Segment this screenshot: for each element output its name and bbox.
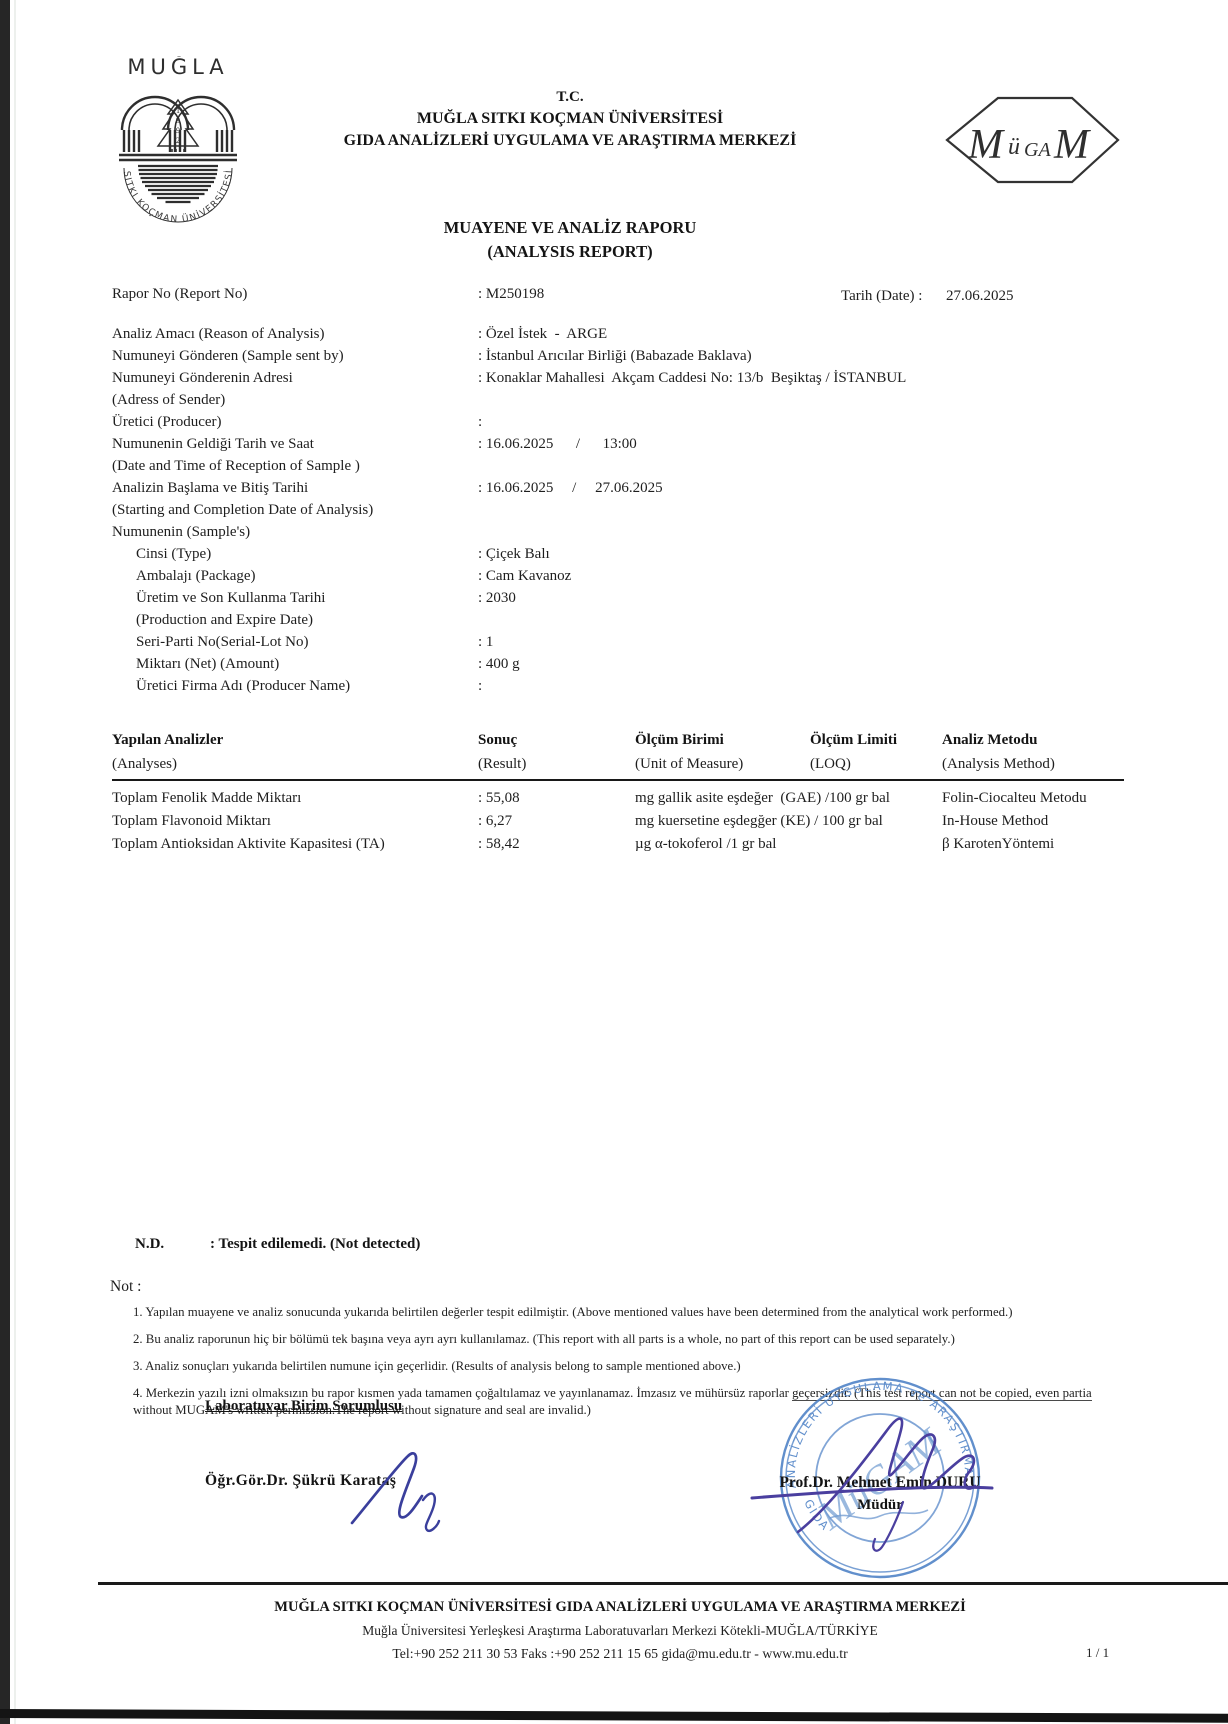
table-row: Toplam Fenolik Madde Miktarı : 55,08 mg … [112, 787, 1124, 810]
scan-edge-line [14, 0, 16, 1724]
field-row: Üretim ve Son Kullanma Tarihi: 2030 [112, 590, 1172, 612]
left-signature-ink [338, 1437, 458, 1542]
notes-title: Not : [110, 1278, 141, 1296]
analysis-unit: µg α-tokoferol /1 gr bal [635, 833, 942, 856]
field-row: Numunenin (Sample's) [112, 524, 1172, 546]
report-title: MUAYENE VE ANALİZ RAPORU (ANALYSIS REPOR… [280, 216, 860, 264]
field-row: Numuneyi Gönderenin Adresi: Konaklar Mah… [112, 370, 1172, 392]
nd-label: N.D. [135, 1236, 210, 1253]
footer-center-name: MUĞLA SITKI KOÇMAN ÜNİVERSİTESİ GIDA ANA… [40, 1596, 1200, 1619]
scan-edge-strip [0, 0, 10, 1724]
field-row: (Adress of Sender) [112, 392, 1172, 414]
analysis-table: Yapılan Analizler Sonuç Ölçüm Birimi Ölç… [112, 728, 1124, 856]
col-header: (Analysis Method) [942, 752, 1124, 776]
field-row: Üretici Firma Adı (Producer Name): [112, 678, 1172, 700]
university-logo: MUĞLA 1 9 9 2 [100, 56, 256, 234]
field-label: Analiz Amacı (Reason of Analysis) [112, 326, 478, 343]
page-number: 1 / 1 [1086, 1645, 1109, 1661]
field-value: : Konaklar Mahallesi Akçam Caddesi No: 1… [478, 370, 906, 387]
col-header: Analiz Metodu [942, 728, 1124, 752]
field-label: Üretici (Producer) [112, 414, 478, 431]
col-header: Yapılan Analizler [112, 728, 478, 752]
field-value: : İstanbul Arıcılar Birliği (Babazade Ba… [478, 348, 752, 365]
field-value: : Cam Kavanoz [478, 568, 571, 585]
field-row: (Production and Expire Date) [112, 612, 1172, 634]
field-value: : 16.06.2025 / 13:00 [478, 436, 637, 453]
field-value: : Çiçek Balı [478, 546, 550, 563]
analysis-name: Toplam Flavonoid Miktarı [112, 810, 478, 833]
right-signature-ink [715, 1382, 1025, 1562]
university-logo-year: 1 9 9 2 [176, 106, 180, 145]
col-header: (Analyses) [112, 752, 478, 776]
field-label: Analizin Başlama ve Bitiş Tarihi [112, 480, 478, 497]
svg-text:9: 9 [176, 116, 180, 125]
report-title-en: (ANALYSIS REPORT) [280, 240, 860, 264]
svg-text:1: 1 [176, 106, 180, 115]
note-text: 1. Yapılan muayene ve analiz sonucunda y… [133, 1305, 1013, 1319]
note-text: 3. Analiz sonuçları yukarıda belirtilen … [133, 1359, 741, 1373]
field-label: Numuneyi Gönderenin Adresi [112, 370, 478, 387]
note-item: 3. Analiz sonuçları yukarıda belirtilen … [133, 1358, 1226, 1375]
letterhead: T.C. MUĞLA SITKI KOÇMAN ÜNİVERSİTESİ GID… [280, 86, 860, 152]
field-value: : [478, 414, 482, 431]
col-header: Ölçüm Limiti [810, 728, 942, 752]
analysis-result: : 58,42 [478, 833, 635, 856]
field-row: (Starting and Completion Date of Analysi… [112, 502, 1172, 524]
note-text: 2. Bu analiz raporunun hiç bir bölümü te… [133, 1332, 955, 1346]
lab-unit-responsible-title: Laboratuvar Birim Sorumlusu [205, 1398, 402, 1415]
field-value: : Özel İstek - ARGE [478, 326, 607, 343]
field-label: (Adress of Sender) [112, 392, 478, 409]
field-label: Miktarı (Net) (Amount) [112, 656, 478, 673]
svg-text:M: M [1053, 122, 1091, 168]
analysis-method: Folin-Ciocalteu Metodu [942, 787, 1124, 810]
svg-text:9: 9 [176, 126, 180, 135]
field-label: Cinsi (Type) [112, 546, 478, 563]
field-row: Analizin Başlama ve Bitiş Tarihi: 16.06.… [112, 480, 1172, 502]
field-row: Üretici (Producer): [112, 414, 1172, 436]
letterhead-center: GIDA ANALİZLERİ UYGULAMA VE ARAŞTIRMA ME… [280, 130, 860, 152]
table-rule [112, 779, 1124, 781]
col-header: (Unit of Measure) [635, 752, 810, 776]
field-value: : 400 g [478, 656, 520, 673]
scan-bottom-band [0, 1709, 1228, 1723]
field-row: Cinsi (Type): Çiçek Balı [112, 546, 1172, 568]
col-header: (LOQ) [810, 752, 942, 776]
note-item: 1. Yapılan muayene ve analiz sonucunda y… [133, 1304, 1226, 1321]
svg-text:ü: ü [1008, 134, 1020, 160]
svg-text:GA: GA [1024, 139, 1051, 161]
analysis-name: Toplam Fenolik Madde Miktarı [112, 787, 478, 810]
sample-fields: Analiz Amacı (Reason of Analysis): Özel … [112, 326, 1172, 700]
table-row: Toplam Flavonoid Miktarı : 6,27 mg kuers… [112, 810, 1124, 833]
field-label: Ambalajı (Package) [112, 568, 478, 585]
field-value: : 16.06.2025 / 27.06.2025 [478, 480, 663, 497]
col-header: Ölçüm Birimi [635, 728, 810, 752]
analysis-result: : 6,27 [478, 810, 635, 833]
field-row: Numuneyi Gönderen (Sample sent by): İsta… [112, 348, 1172, 370]
date-value: 27.06.2025 [946, 288, 1014, 305]
field-value: : 1 [478, 634, 493, 651]
mugam-logo-text: M ü GA M [967, 122, 1091, 168]
field-label: Numunenin Geldiği Tarih ve Saat [112, 436, 478, 453]
field-label: (Date and Time of Reception of Sample ) [112, 458, 478, 475]
svg-text:2: 2 [176, 136, 180, 145]
mugam-logo: M ü GA M [942, 88, 1122, 196]
svg-text:M: M [967, 122, 1005, 168]
field-row: (Date and Time of Reception of Sample ) [112, 458, 1172, 480]
analysis-result: : 55,08 [478, 787, 635, 810]
analysis-unit: mg kuersetine eşdegğer (KE) / 100 gr bal [635, 810, 942, 833]
report-no-label: Rapor No (Report No) [112, 286, 247, 303]
table-header-row-en: (Analyses) (Result) (Unit of Measure) (L… [112, 752, 1124, 776]
footer-address: Muğla Üniversitesi Yerleşkesi Araştırma … [40, 1619, 1200, 1642]
field-label: Üretici Firma Adı (Producer Name) [112, 678, 478, 695]
footer: MUĞLA SITKI KOÇMAN ÜNİVERSİTESİ GIDA ANA… [40, 1596, 1200, 1665]
footer-contact: Tel:+90 252 211 30 53 Faks :+90 252 211 … [40, 1642, 1200, 1665]
analysis-method: In-House Method [942, 810, 1124, 833]
field-label: Numunenin (Sample's) [112, 524, 478, 541]
field-label: (Starting and Completion Date of Analysi… [112, 502, 478, 519]
table-body: Toplam Fenolik Madde Miktarı : 55,08 mg … [112, 787, 1124, 856]
field-label: Üretim ve Son Kullanma Tarihi [112, 590, 478, 607]
university-logo-city-text: MUĞLA [127, 56, 228, 79]
analysis-name: Toplam Antioksidan Aktivite Kapasitesi (… [112, 833, 478, 856]
field-row: Miktarı (Net) (Amount): 400 g [112, 656, 1172, 678]
letterhead-tc: T.C. [280, 86, 860, 108]
report-title-tr: MUAYENE VE ANALİZ RAPORU [280, 216, 860, 240]
col-header: Sonuç [478, 728, 635, 752]
field-row: Numunenin Geldiği Tarih ve Saat: 16.06.2… [112, 436, 1172, 458]
note-item: 2. Bu analiz raporunun hiç bir bölümü te… [133, 1331, 1226, 1348]
field-row: Ambalajı (Package): Cam Kavanoz [112, 568, 1172, 590]
letterhead-university: MUĞLA SITKI KOÇMAN ÜNİVERSİTESİ [280, 108, 860, 130]
analysis-unit: mg gallik asite eşdeğer (GAE) /100 gr ba… [635, 787, 942, 810]
field-label: Numuneyi Gönderen (Sample sent by) [112, 348, 478, 365]
field-value: : [478, 678, 482, 695]
footer-rule [98, 1582, 1228, 1585]
nd-definition: N.D. : Tespit edilemedi. (Not detected) [135, 1236, 420, 1253]
field-row: Seri-Parti No(Serial-Lot No): 1 [112, 634, 1172, 656]
field-label: Seri-Parti No(Serial-Lot No) [112, 634, 478, 651]
col-header: (Result) [478, 752, 635, 776]
analysis-report-page: MUĞLA 1 9 9 2 [0, 0, 1228, 1724]
table-header-row-tr: Yapılan Analizler Sonuç Ölçüm Birimi Ölç… [112, 728, 1124, 752]
field-label: (Production and Expire Date) [112, 612, 478, 629]
table-row: Toplam Antioksidan Aktivite Kapasitesi (… [112, 833, 1124, 856]
analysis-method: β KarotenYöntemi [942, 833, 1124, 856]
date-label: Tarih (Date) : [841, 288, 922, 305]
nd-text: : Tespit edilemedi. (Not detected) [210, 1236, 420, 1253]
report-no-value: : M250198 [478, 286, 544, 303]
field-row: Analiz Amacı (Reason of Analysis): Özel … [112, 326, 1172, 348]
field-value: : 2030 [478, 590, 516, 607]
